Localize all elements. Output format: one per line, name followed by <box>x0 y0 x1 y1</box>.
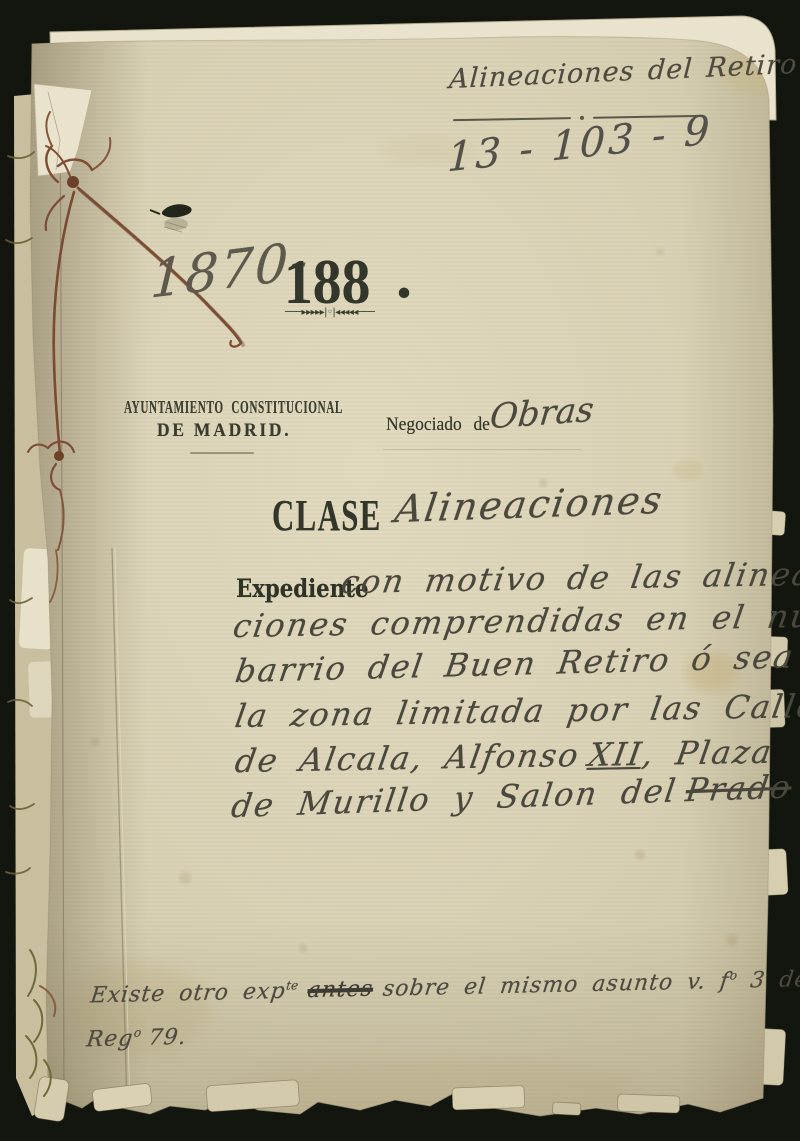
ornament-divider: ───▸▸▸▸▸|◦|◂◂◂◂◂─── <box>285 308 374 318</box>
negociado-label: Negociado de <box>386 415 490 434</box>
footnote-sup-te: te <box>285 978 299 992</box>
expediente-line-1: con motivo de las alinea- <box>339 558 800 599</box>
line5-text: de Alcala, Alfonso <box>232 736 582 780</box>
expediente-line-4: la zona limitada por las Calles <box>233 690 800 733</box>
negociado-underline <box>383 449 581 450</box>
letterhead-line2: DE MADRID. <box>157 421 291 440</box>
footnote-line-2: Rego 79. <box>85 1025 188 1051</box>
line5-underlined-xii: XII <box>586 735 646 774</box>
line6-struck-prado: Prado <box>683 767 794 809</box>
footnote-struck-word: antes <box>306 977 374 1004</box>
clase-label: CLASE <box>272 494 382 538</box>
file-number: 188 <box>284 250 370 314</box>
letterhead-line1: AYUNTAMIENTO CONSTITUCIONAL <box>124 398 343 416</box>
archival-document-photo: Alineaciones del Retiro 13 - 103 - 9 187… <box>0 0 800 1141</box>
file-number-dot: . <box>396 244 412 308</box>
underline-dot <box>580 116 584 120</box>
letterhead-underline <box>190 452 254 454</box>
line5-tail: , Plaza <box>640 733 776 773</box>
expediente-line-2: ciones comprendidas en el nuevo <box>231 599 800 642</box>
footnote-reg: Reg <box>85 1026 135 1052</box>
footnote-text-1: Existe otro exp <box>89 979 287 1008</box>
clase-value: Alineaciones <box>393 481 666 529</box>
footnote-text-3: 3 del <box>735 967 800 994</box>
footnote-reg-number: 79. <box>139 1025 188 1051</box>
negociado-value: Obras <box>488 393 595 435</box>
